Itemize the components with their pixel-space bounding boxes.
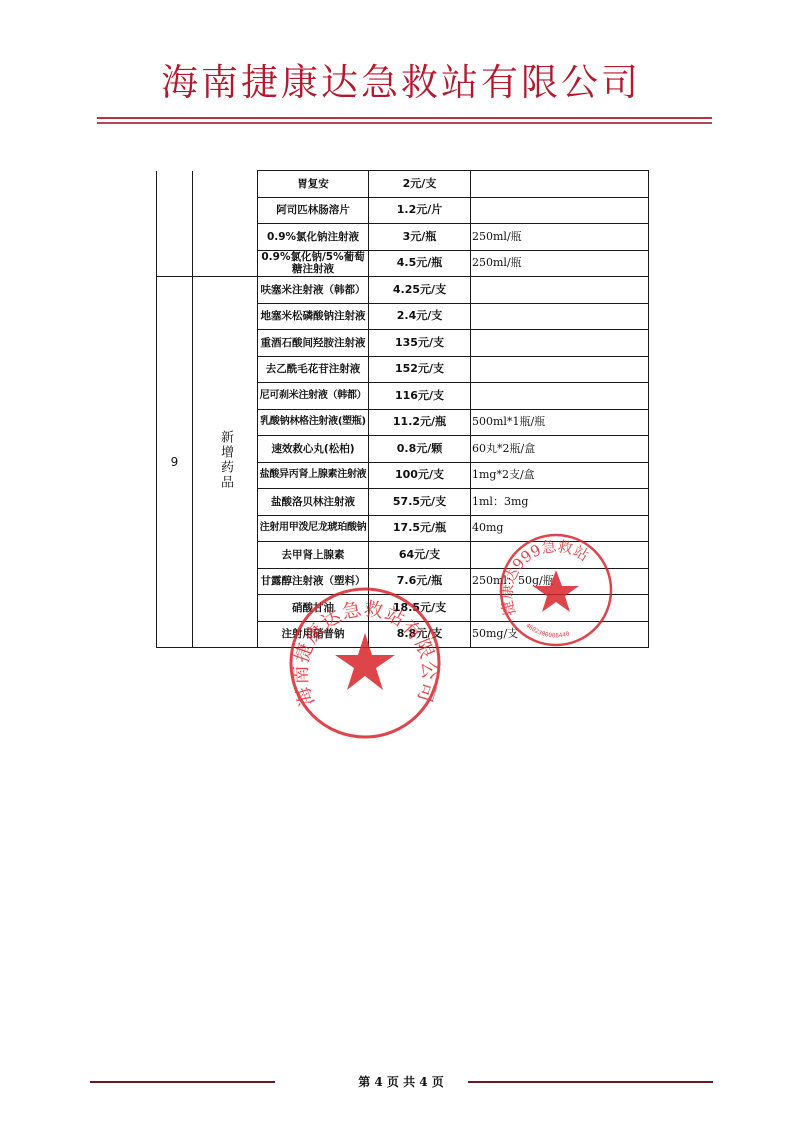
section-number: 9: [157, 277, 193, 648]
drug-price: 2.4元/支: [369, 303, 471, 330]
drug-price: 116元/支: [369, 383, 471, 410]
drug-spec: 250ml/瓶: [471, 250, 649, 277]
drug-price: 4.5元/瓶: [369, 250, 471, 277]
continued-number-cell: [157, 171, 193, 277]
drug-name: 去乙酰毛花苷注射液: [258, 356, 369, 383]
drug-name: 尼可刹米注射液（韩都）: [258, 383, 369, 410]
drug-spec: [471, 171, 649, 198]
drug-spec: 250ml：50g/瓶: [471, 568, 649, 595]
drug-price: 11.2元/瓶: [369, 409, 471, 436]
drug-spec: [471, 303, 649, 330]
drug-spec: [471, 197, 649, 224]
drug-price-table: 胃复安2元/支阿司匹林肠溶片1.2元/片0.9%氯化钠注射液3元/瓶250ml/…: [156, 170, 649, 648]
drug-spec: 500ml*1瓶/瓶: [471, 409, 649, 436]
drug-spec: [471, 595, 649, 622]
drug-price: 152元/支: [369, 356, 471, 383]
drug-spec: [471, 383, 649, 410]
drug-spec: 1ml：3mg: [471, 489, 649, 516]
drug-name: 去甲肾上腺素: [258, 542, 369, 569]
drug-price: 100元/支: [369, 462, 471, 489]
drug-price: 1.2元/片: [369, 197, 471, 224]
drug-spec: [471, 542, 649, 569]
drug-price: 4.25元/支: [369, 277, 471, 304]
drug-name: 注射用硝普钠: [258, 621, 369, 648]
drug-name: 0.9%氯化钠/5%葡萄糖注射液: [258, 250, 369, 277]
drug-spec: 50mg/支: [471, 621, 649, 648]
section-category: 新增药品: [193, 277, 258, 648]
drug-price: 3元/瓶: [369, 224, 471, 251]
drug-name: 呋塞米注射液（韩都）: [258, 277, 369, 304]
drug-name: 硝酸甘油: [258, 595, 369, 622]
drug-price: 17.5元/瓶: [369, 515, 471, 542]
drug-name: 盐酸洛贝林注射液: [258, 489, 369, 516]
continued-category-cell: [193, 171, 258, 277]
drug-spec: 1mg*2支/盒: [471, 462, 649, 489]
drug-spec: 250ml/瓶: [471, 224, 649, 251]
drug-name: 盐酸异丙肾上腺素注射液: [258, 462, 369, 489]
drug-name: 0.9%氯化钠注射液: [258, 224, 369, 251]
drug-name: 重酒石酸间羟胺注射液: [258, 330, 369, 357]
table-row-continued: 胃复安2元/支: [157, 171, 649, 198]
table-row: 9新增药品呋塞米注射液（韩都）4.25元/支: [157, 277, 649, 304]
drug-price: 18.5元/支: [369, 595, 471, 622]
drug-spec: [471, 330, 649, 357]
drug-spec: 60丸*2瓶/盒: [471, 436, 649, 463]
drug-name: 阿司匹林肠溶片: [258, 197, 369, 224]
drug-spec: [471, 277, 649, 304]
drug-price: 7.6元/瓶: [369, 568, 471, 595]
drug-price: 0.8元/颗: [369, 436, 471, 463]
drug-price: 2元/支: [369, 171, 471, 198]
drug-name: 胃复安: [258, 171, 369, 198]
drug-price: 135元/支: [369, 330, 471, 357]
drug-spec: 40mg: [471, 515, 649, 542]
drug-name: 甘露醇注射液（塑料）: [258, 568, 369, 595]
drug-name: 乳酸钠林格注射液(塑瓶): [258, 409, 369, 436]
drug-price: 8.8元/支: [369, 621, 471, 648]
drug-name: 速效救心丸(松柏): [258, 436, 369, 463]
drug-name: 注射用甲泼尼龙琥珀酸钠: [258, 515, 369, 542]
drug-price: 57.5元/支: [369, 489, 471, 516]
company-letterhead-title: 海南捷康达急救站有限公司: [0, 52, 802, 106]
letterhead-rule-lower: [97, 122, 712, 124]
letterhead-rule-upper: [97, 117, 712, 119]
footer-rule-right: [468, 1081, 713, 1083]
drug-spec: [471, 356, 649, 383]
section-category-text: 新增药品: [217, 430, 233, 490]
drug-price: 64元/支: [369, 542, 471, 569]
drug-name: 地塞米松磷酸钠注射液: [258, 303, 369, 330]
